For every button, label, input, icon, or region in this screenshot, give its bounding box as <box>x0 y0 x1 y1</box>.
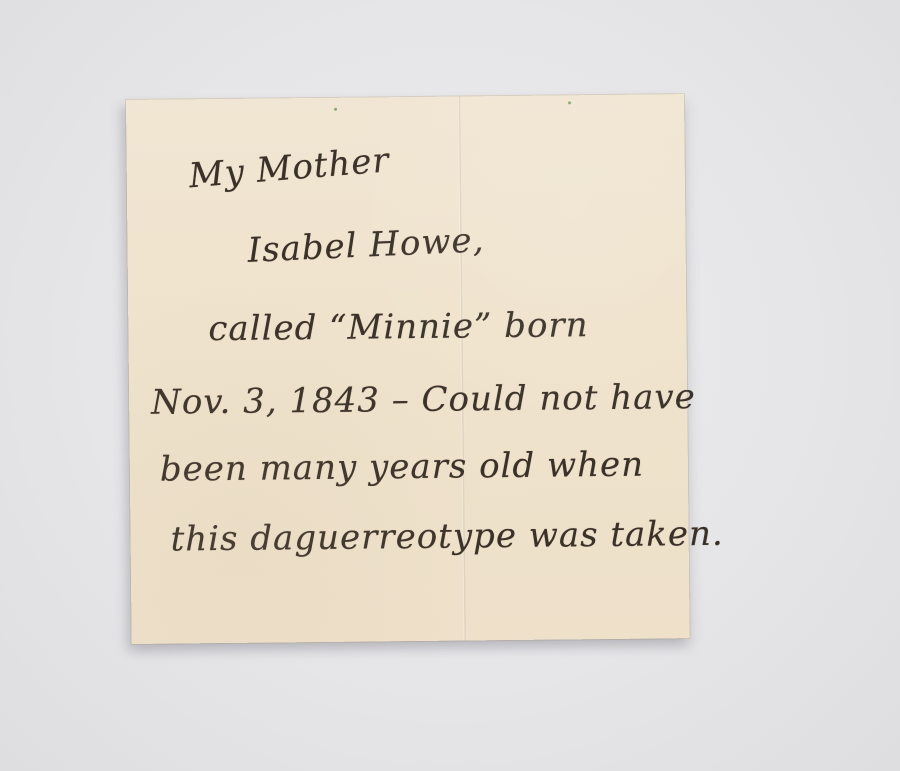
note-line-3: called “Minnie” born <box>208 305 589 349</box>
note-line-5: been many years old when <box>160 445 645 490</box>
paper-fold-crease <box>458 96 467 640</box>
paper-speck <box>568 101 571 104</box>
note-line-4: Nov. 3, 1843 – Could not have <box>151 377 696 423</box>
note-line-2: Isabel Howe, <box>247 220 485 271</box>
handwritten-note: My Mother Isabel Howe, called “Minnie” b… <box>126 94 690 644</box>
note-line-6: this daguerreotype was taken. <box>170 514 724 560</box>
paper-speck <box>334 108 337 111</box>
note-line-1: My Mother <box>187 140 391 196</box>
